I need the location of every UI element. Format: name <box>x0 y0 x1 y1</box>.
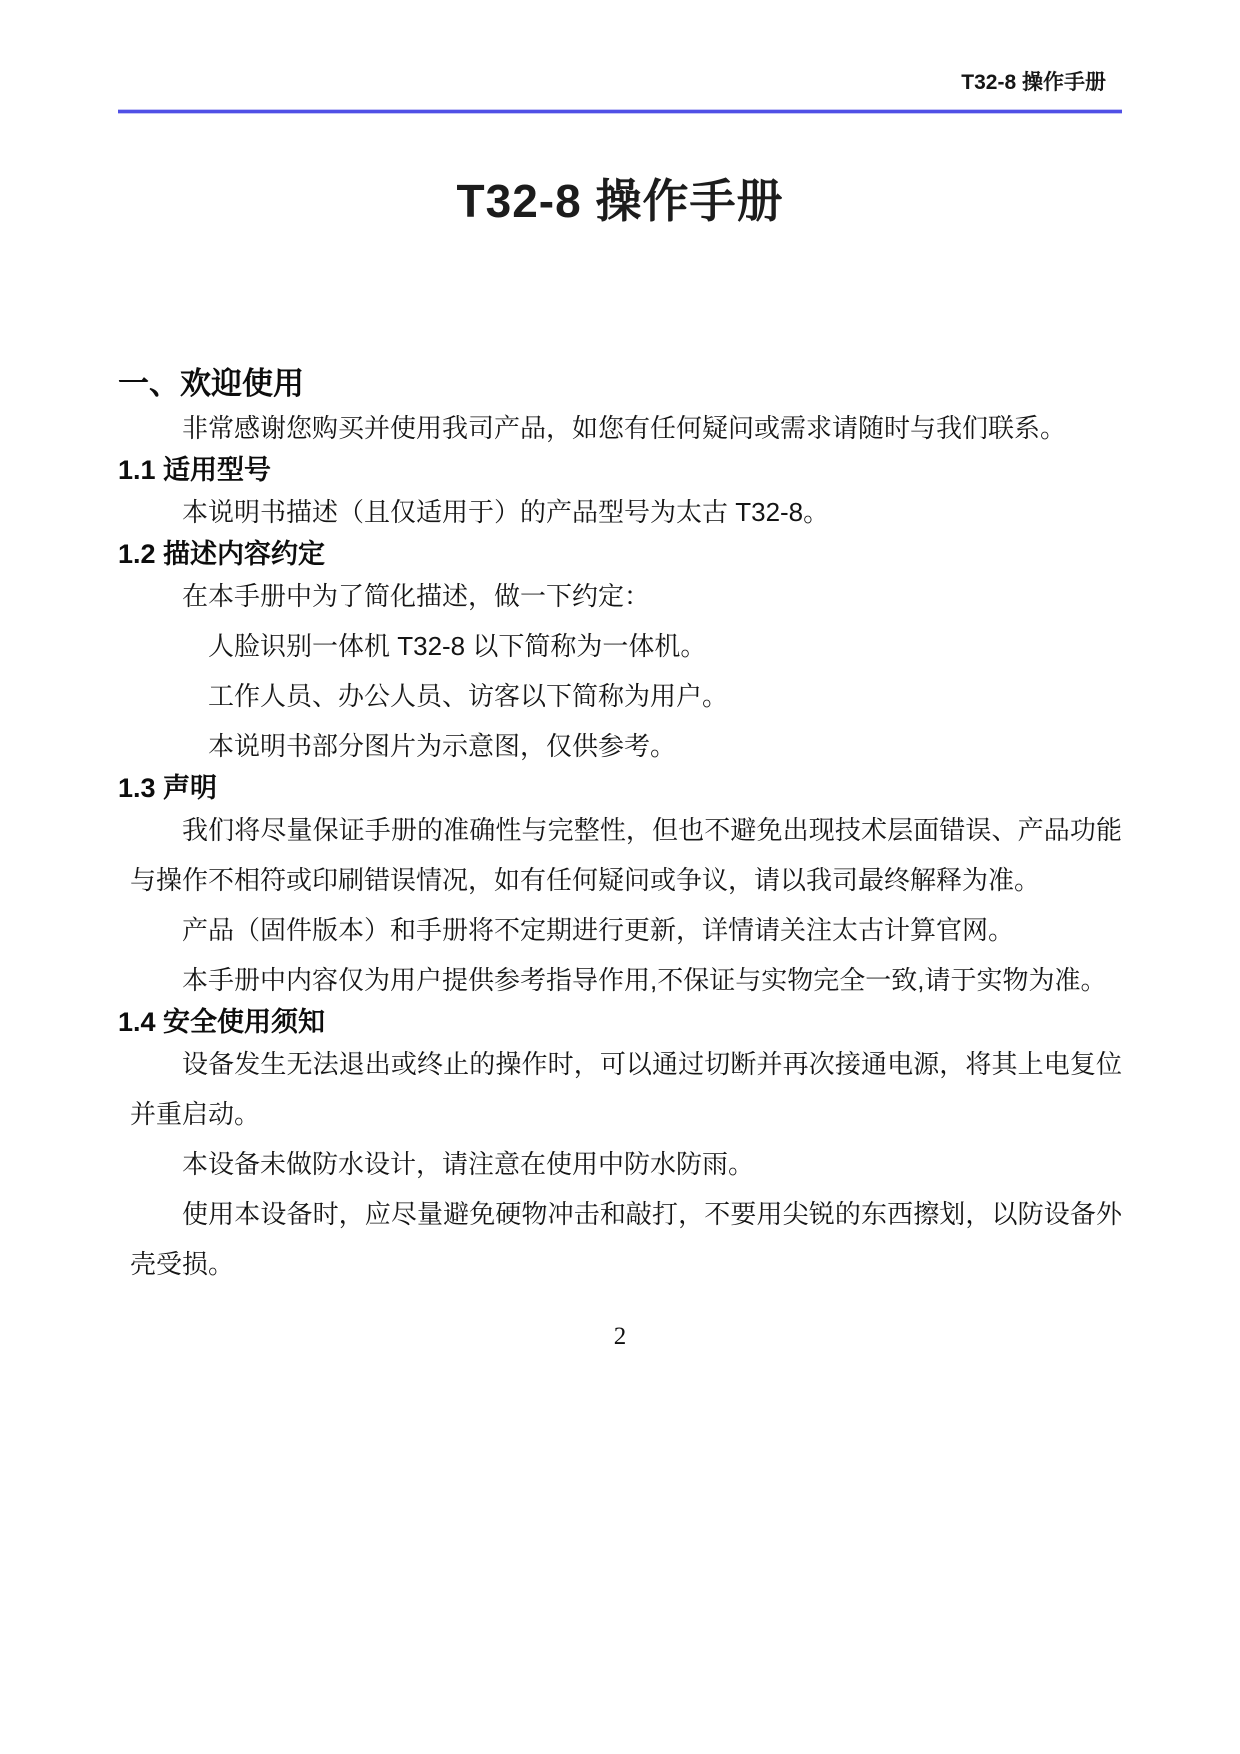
list-item-term-device: 人脸识别一体机 T32-8 以下简称为一体机。 <box>130 621 1122 671</box>
paragraph-1-1: 本说明书描述（且仅适用于）的产品型号为太古 T32-8。 <box>130 487 1122 537</box>
running-header-title: T32-8 操作手册 <box>961 71 1106 94</box>
document-title: T32-8 操作手册 <box>118 174 1122 229</box>
paragraph-1-3-reference: 本手册中内容仅为用户提供参考指导作用,不保证与实物完全一致,请于实物为准。 <box>130 955 1122 1005</box>
paragraph-1-3-accuracy: 我们将尽量保证手册的准确性与完整性，但也不避免出现技术层面错误、产品功能与操作不… <box>130 805 1122 905</box>
list-item-term-user: 工作人员、办公人员、访客以下简称为用户。 <box>130 671 1122 721</box>
header-divider <box>118 110 1122 113</box>
subsection-heading-1-2: 1.2 描述内容约定 <box>118 537 1122 571</box>
document-page: T32-8 操作手册 T32-8 操作手册 一、欢迎使用 非常感谢您购买并使用我… <box>0 0 1240 1754</box>
subsection-heading-1-4: 1.4 安全使用须知 <box>118 1005 1122 1039</box>
list-item-term-images: 本说明书部分图片为示意图，仅供参考。 <box>130 721 1122 771</box>
subsection-heading-1-3: 1.3 声明 <box>118 771 1122 805</box>
paragraph-1-3-updates: 产品（固件版本）和手册将不定期进行更新，详情请关注太古计算官网。 <box>130 905 1122 955</box>
paragraph-welcome-intro: 非常感谢您购买并使用我司产品，如您有任何疑问或需求请随时与我们联系。 <box>130 403 1122 453</box>
paragraph-1-4-impact: 使用本设备时，应尽量避免硬物冲击和敲打，不要用尖锐的东西擦划，以防设备外壳受损。 <box>130 1189 1122 1289</box>
paragraph-1-4-power-reset: 设备发生无法退出或终止的操作时，可以通过切断并再次接通电源，将其上电复位并重启动… <box>130 1039 1122 1139</box>
paragraph-1-2-intro: 在本手册中为了简化描述，做一下约定： <box>130 571 1122 621</box>
subsection-heading-1-1: 1.1 适用型号 <box>118 453 1122 487</box>
paragraph-1-4-waterproof: 本设备未做防水设计，请注意在使用中防水防雨。 <box>130 1139 1122 1189</box>
running-header: T32-8 操作手册 <box>118 70 1122 95</box>
section-heading-welcome: 一、欢迎使用 <box>118 365 1122 403</box>
page-number: 2 <box>118 1322 1122 1352</box>
